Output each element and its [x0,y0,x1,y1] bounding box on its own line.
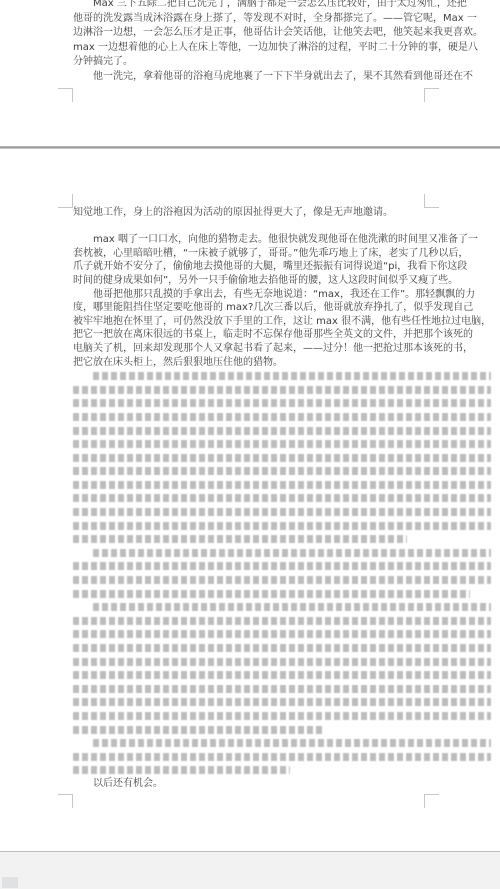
crop-mark-page2-bottom-left [58,794,73,808]
text-line: 边淋浴一边想，一会怎么压才是正事，他哥估计会笑话他，让他笑去吧，他笑起来我更喜欢… [73,26,491,41]
text-line: 度，哪里能阻挡住坚定要吃他哥的 max?几次三番以后，他哥就放弃挣扎了，似乎发现… [73,301,491,315]
text-line: 电脑关了机，回来却发现那个人又拿起书看了起来，——过分！他一把抢过那本该死的书， [73,342,491,356]
redacted-text-line [73,709,491,723]
redacted-text-line [73,369,491,383]
redacted-text-line [73,410,491,424]
redacted-text-line [73,723,324,737]
crop-mark-page2-top-right [424,194,439,208]
redacted-text-line [73,532,407,546]
redacted-text-line [73,627,491,641]
text-line: max 咽了一口口水，向他的猎物走去。他很快就发现他哥在他洗漱的时间里又准备了一 [73,233,491,247]
redacted-text-line [73,573,491,587]
text-line: 时间的健身成果如何”，另外一只手偷偷地去掐他哥的腰，这人这段时间似乎又瘦了些。 [73,274,491,288]
document-page-2[interactable]: 知觉地工作，身上的浴袍因为活动的原因扯得更大了，像是无声地邀请。max 咽了一口… [0,149,500,852]
redacted-text-line [73,587,470,601]
text-line: 被牢牢地抱在怀里了，可仍然没放下手里的工作，这让 max 很不满，他有些任性地拉… [73,315,491,329]
text-line: 他一洗完，拿着他哥的浴袍马虎地裹了一下下半身就出去了，果不其然看到他哥还在不 [73,70,491,85]
crop-mark-page2-top-left [58,194,73,208]
text-line: 套枕被，心里暗暗吐槽，“一床被子就够了，哥哥。”他先乖巧地上了床，老实了几秒以后… [73,247,491,261]
text-line: Max 三下五除二把自己洗完了，满脑子都是一会怎么压比较好，由于太过匆忙，还把 [73,0,491,12]
scrollbar-corner [2,877,18,888]
redacted-text-line [73,491,491,505]
page-1-text-area[interactable]: Max 三下五除二把自己洗完了，满脑子都是一会怎么压比较好，由于太过匆忙，还把他… [73,0,491,84]
crop-mark-page1-bottom-left [58,88,73,102]
redacted-text-line [73,424,491,438]
text-line: 把它一把放在离床很远的书桌上，临走时不忘保存他哥那些全英文的文件，并把那个该死的 [73,328,491,342]
redacted-text-line [73,668,491,682]
redacted-text-line [73,519,491,533]
redacted-text-line [73,600,491,614]
blank-line [73,220,491,234]
redacted-text-line [73,736,491,750]
page-2-text-area[interactable]: 知觉地工作，身上的浴袍因为活动的原因扯得更大了，像是无声地邀请。max 咽了一口… [73,206,491,791]
redacted-text-line [73,437,491,451]
redacted-text-line [73,505,491,519]
text-line: 知觉地工作，身上的浴袍因为活动的原因扯得更大了，像是无声地邀请。 [73,206,491,220]
redacted-text-line [73,546,491,560]
redacted-text-line [73,614,491,628]
redacted-text-line [73,655,491,669]
text-line: 爪子就开始不安分了，偷偷地去摸他哥的大腿，嘴里还振振有词得说道“pi，我看下你这… [73,260,491,274]
redacted-text-line [73,383,491,397]
redacted-text-line [73,464,491,478]
text-line: 分钟搞完了。 [73,55,491,70]
redacted-text-line [73,396,491,410]
redacted-text-line [73,641,491,655]
redacted-text-line [73,682,491,696]
app-background [0,852,500,889]
crop-mark-page2-bottom-right [424,794,439,808]
text-line: 以后还有机会。 [73,777,491,791]
crop-mark-page1-bottom-right [424,88,439,102]
redacted-text-line [73,750,491,764]
text-line: 他哥的洗发露当成沐浴露在身上搽了，等发现不对时，全身都搽完了。——管它呢，Max… [73,12,491,27]
redacted-text-line [73,478,491,492]
text-line: max 一边想着他的心上人在床上等他，一边加快了淋浴的过程，平时二十分钟的事，硬… [73,41,491,56]
text-line: 他哥把他那只乱摸的手拿出去，有些无奈地说道：“max，我还在工作”。那轻飘飘的力 [73,288,491,302]
redacted-text-line [73,695,491,709]
redacted-text-line [73,763,290,777]
text-line: 把它放在床头柜上，然后狠狠地压住他的猎物。 [73,356,491,370]
redacted-text-line [73,451,491,465]
redacted-text-line [73,559,491,573]
document-page-1[interactable]: Max 三下五除二把自己洗完了，满脑子都是一会怎么压比较好，由于太过匆忙，还把他… [0,0,500,146]
